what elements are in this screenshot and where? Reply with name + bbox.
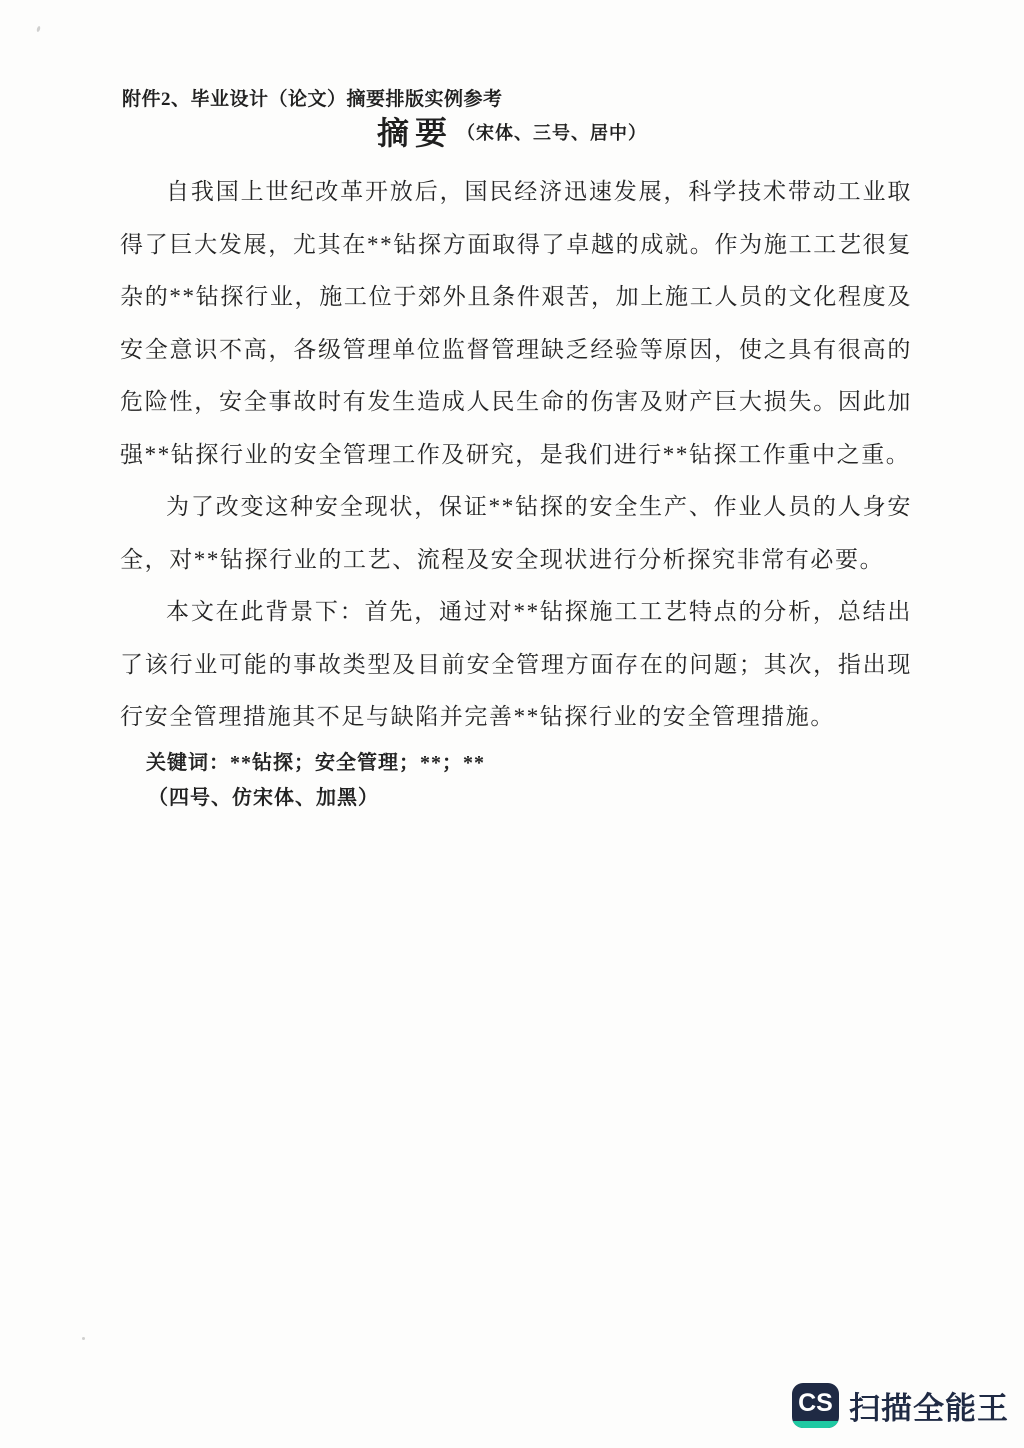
camscanner-logo-text: CS — [798, 1389, 833, 1418]
camscanner-app-name: 扫描全能王 — [849, 1383, 1009, 1428]
scanned-document-page: 附件2、毕业设计（论文）摘要排版实例参考 摘要 （宋体、三号、居中） 自我国上世… — [0, 0, 1024, 1448]
abstract-title-format-note: （宋体、三号、居中） — [457, 123, 647, 143]
abstract-paragraph: 为了改变这种安全现状，保证**钻探的安全生产、作业人员的人身安全，对**钻探行业… — [120, 481, 912, 586]
abstract-paragraph: 自我国上世纪改革开放后，国民经济迅速发展，科学技术带动工业取得了巨大发展，尤其在… — [120, 166, 912, 481]
keywords-format-note: （四号、仿宋体、加黑） — [120, 781, 912, 816]
camscanner-watermark: CS 扫描全能王 — [792, 1383, 1009, 1428]
camscanner-logo-green-bar — [792, 1421, 839, 1428]
attachment-header: 附件2、毕业设计（论文）摘要排版实例参考 — [122, 84, 503, 111]
camscanner-logo-icon: CS — [792, 1383, 839, 1428]
abstract-body: 自我国上世纪改革开放后，国民经济迅速发展，科学技术带动工业取得了巨大发展，尤其在… — [120, 166, 912, 816]
keywords-line: 关键词：**钻探；安全管理；**；** — [120, 746, 912, 781]
scan-speck — [82, 1337, 85, 1340]
scan-speck — [36, 26, 41, 33]
abstract-title-row: 摘要 （宋体、三号、居中） — [0, 108, 1024, 154]
abstract-paragraph: 本文在此背景下：首先，通过对**钻探施工工艺特点的分析，总结出了该行业可能的事故… — [120, 586, 912, 744]
abstract-title: 摘要 — [377, 115, 453, 151]
